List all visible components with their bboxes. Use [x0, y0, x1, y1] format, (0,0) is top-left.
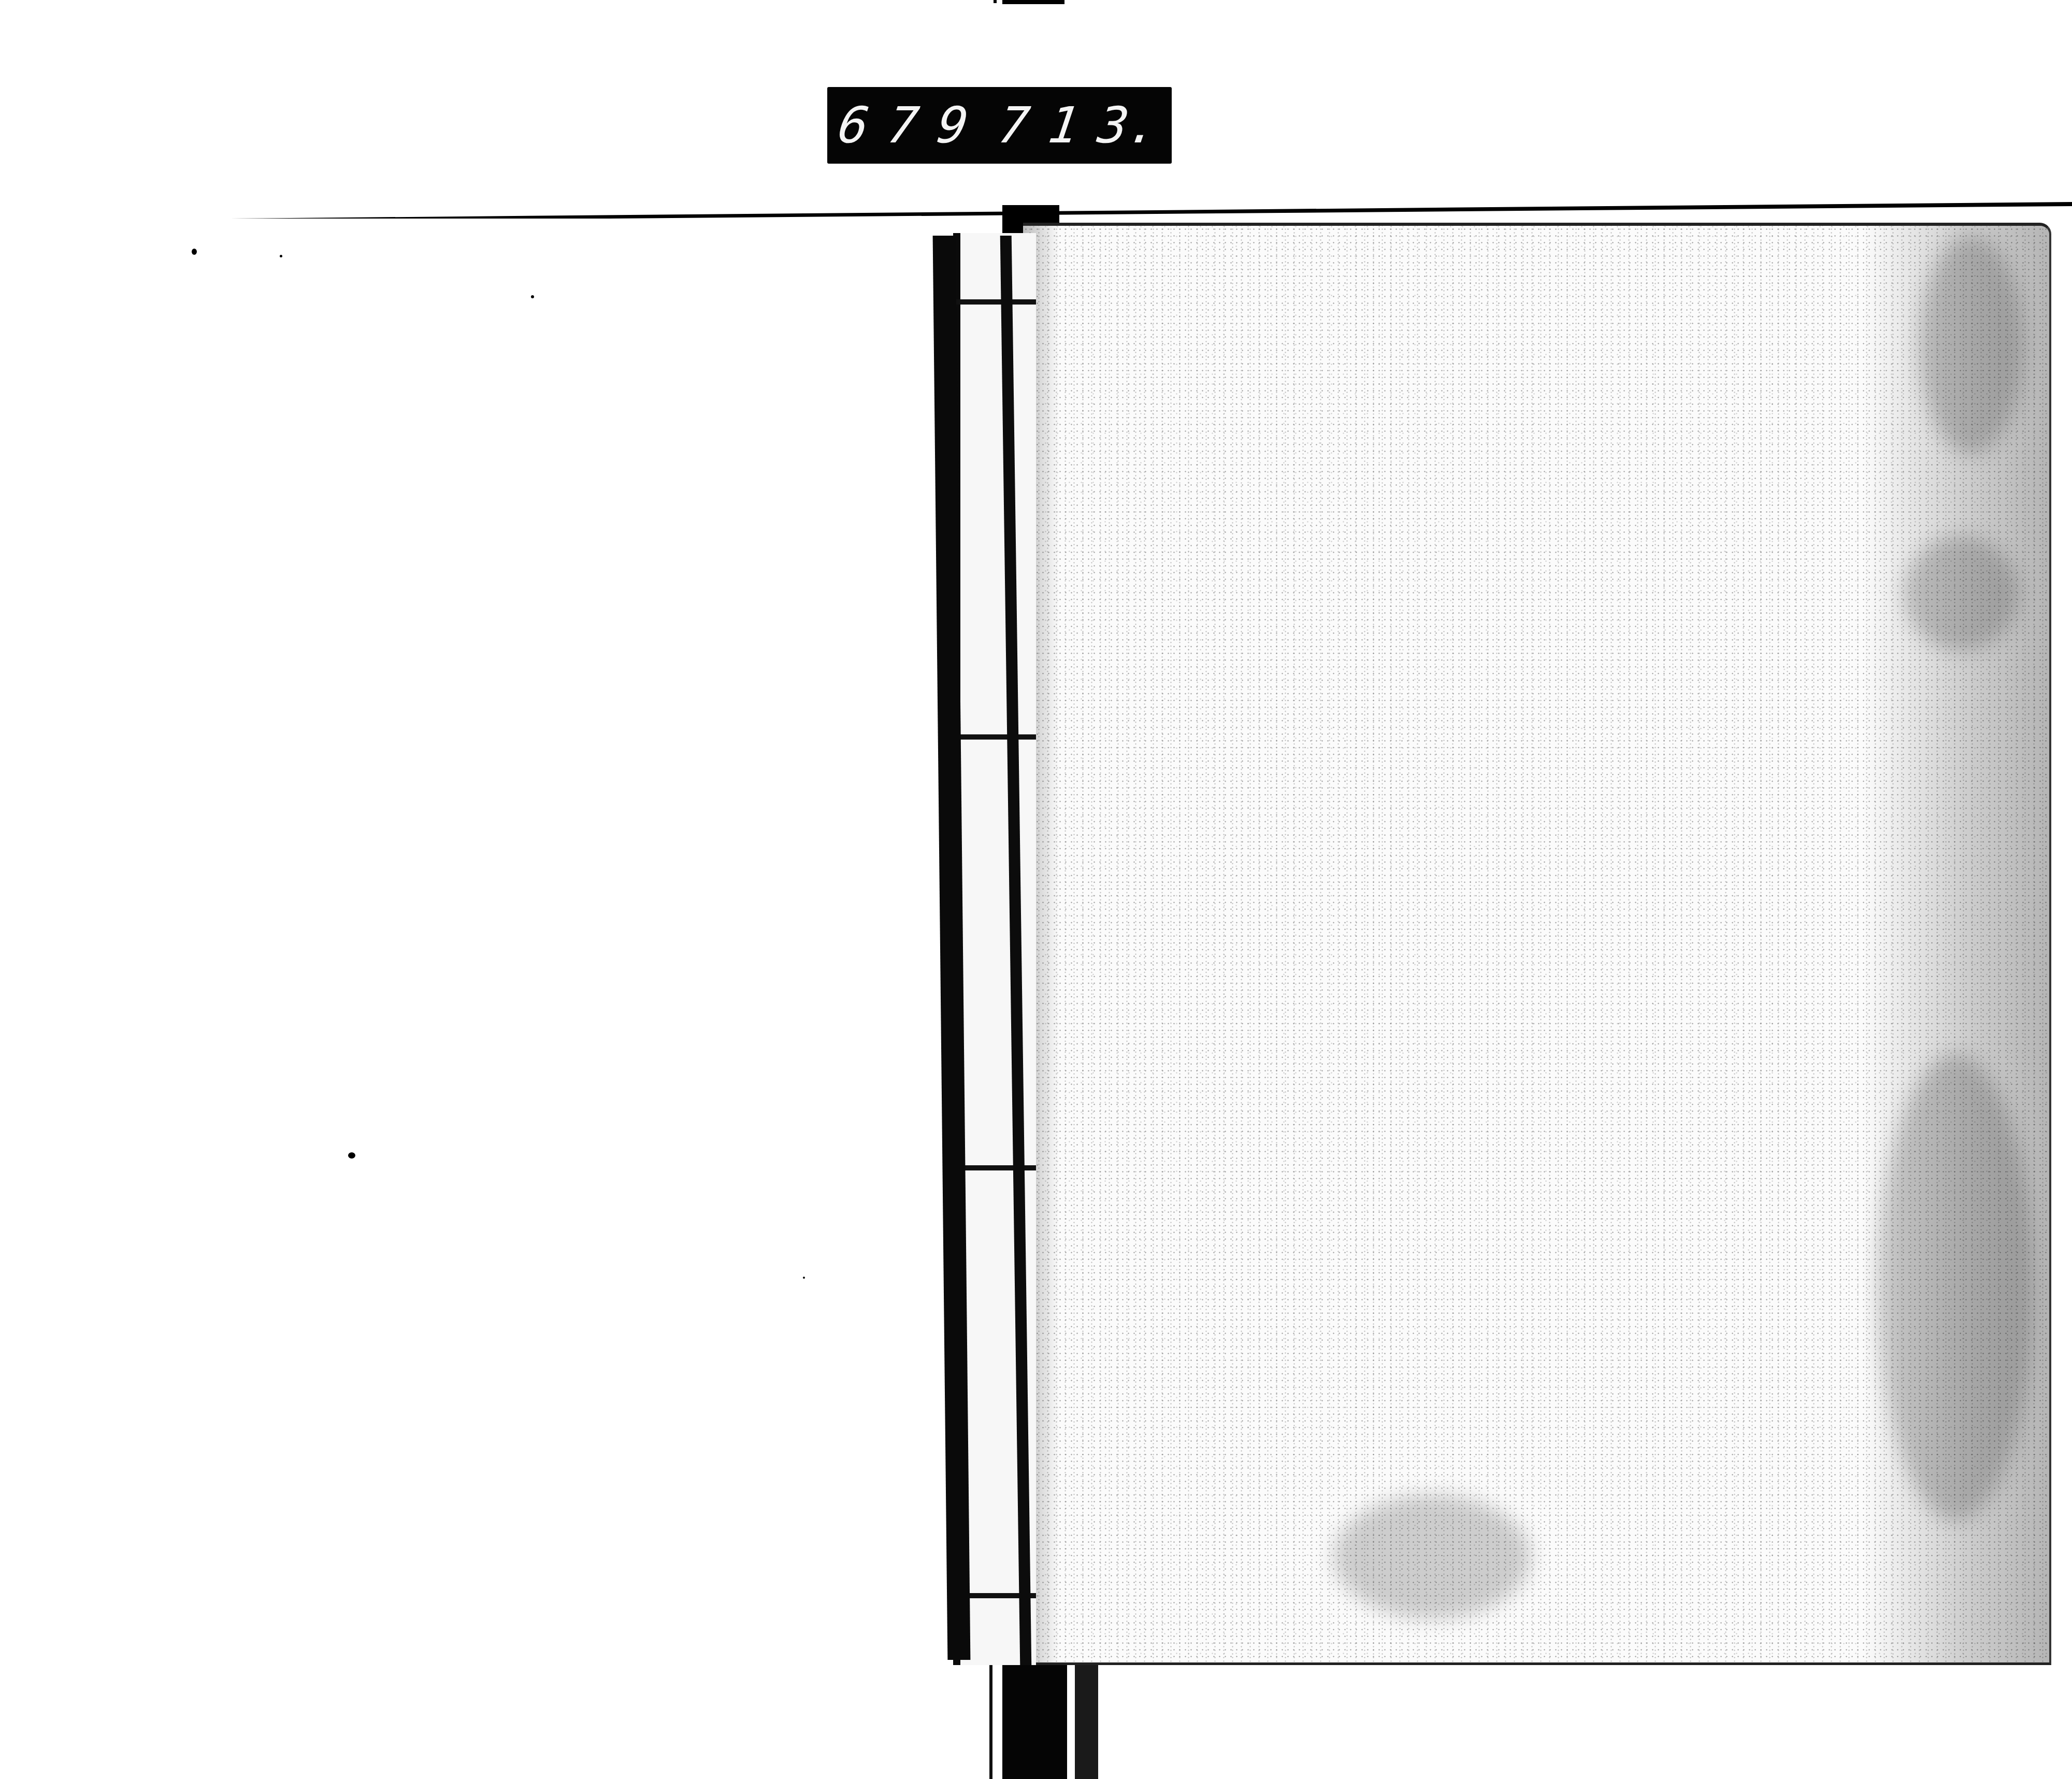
counter-digit: 9: [934, 100, 971, 150]
book-cover: [1023, 223, 2051, 1665]
camera-marker-tick: [994, 0, 997, 3]
spine-stitch: [953, 734, 1036, 740]
counter-digit: 6: [835, 100, 872, 150]
dust-speck: [192, 249, 197, 255]
book-stand-edge: [989, 1665, 992, 1779]
stain: [1878, 1054, 2033, 1521]
frame-counter-left-group: 6 7 9: [835, 100, 971, 150]
frame-counter-label: 6 7 9 7 1 3.: [827, 87, 1172, 164]
book-stand-side: [1075, 1665, 1098, 1779]
spine-stitch: [953, 299, 1036, 305]
dust-speck: [803, 1277, 805, 1279]
counter-digit: 3.: [1095, 100, 1162, 150]
counter-digit: 7: [885, 100, 922, 150]
stain: [1919, 236, 2023, 454]
stain: [1334, 1495, 1531, 1619]
stain: [1904, 537, 2018, 650]
dust-speck: [531, 295, 534, 298]
dust-speck: [280, 255, 282, 257]
frame-counter-right-group: 7 1 3.: [996, 100, 1162, 150]
dust-speck: [348, 1152, 355, 1159]
counter-digit: 1: [1045, 100, 1082, 150]
book-stand: [1002, 1665, 1067, 1779]
counter-digit: 7: [996, 100, 1032, 150]
camera-marker: [1002, 0, 1064, 4]
